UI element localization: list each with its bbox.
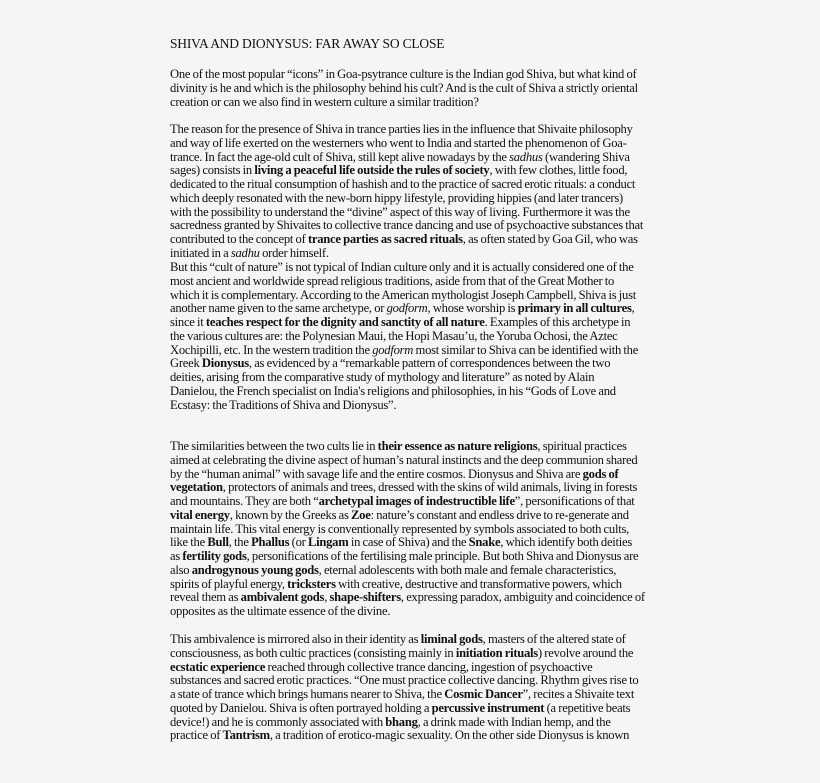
text-line: vegetation, protectors of animals and tr… xyxy=(170,481,660,495)
text-run: initiated in a xyxy=(170,246,231,260)
text-line: contributed to the concept of trance par… xyxy=(170,233,660,247)
text-line: and mountains. They are both “archetypal… xyxy=(170,495,660,509)
text-run: Greek xyxy=(170,356,202,370)
text-line: also androgynous young gods, eternal ado… xyxy=(170,564,660,578)
text-line: deities, arising from the comparative st… xyxy=(170,371,660,385)
text-run: the various cultures are: the Polynesian… xyxy=(170,329,618,343)
bold-text: living a peaceful life outside the rules… xyxy=(254,163,489,177)
text-line: device!) and he is commonly associated w… xyxy=(170,716,660,730)
bold-text: primary in all cultures xyxy=(518,301,632,315)
text-run: (a repetitive beats xyxy=(544,701,630,715)
bold-text: ecstatic experience xyxy=(170,660,265,674)
text-line: Xochipilli, etc. In the western traditio… xyxy=(170,344,660,358)
bold-text: shape-shifters xyxy=(330,590,401,604)
text-run: device!) and he is commonly associated w… xyxy=(170,715,385,729)
paragraph-intro: One of the most popular “icons” in Goa-p… xyxy=(170,68,660,109)
text-run: in case of Shiva) and the xyxy=(348,535,468,549)
text-run: The similarities between the two cults l… xyxy=(170,439,378,453)
bold-text: percussive instrument xyxy=(432,701,545,715)
text-run: , the xyxy=(229,535,251,549)
text-line: The similarities between the two cults l… xyxy=(170,440,660,454)
italic-text: godform xyxy=(372,343,413,357)
text-line: sages) consists in living a peaceful lif… xyxy=(170,164,660,178)
text-run: Danielou, the French specialist on India… xyxy=(170,384,616,398)
bold-text: Tantrism xyxy=(223,728,270,742)
text-line: and way of life exerted on the westerner… xyxy=(170,137,660,151)
text-run: creation or can we also find in western … xyxy=(170,95,479,109)
text-line: ecstatic experience reached through coll… xyxy=(170,661,660,675)
text-line: practice of Tantrism, a tradition of ero… xyxy=(170,729,660,743)
text-line: The reason for the presence of Shiva in … xyxy=(170,123,660,137)
paragraph-ambivalence: This ambivalence is mirrored also in the… xyxy=(170,633,660,743)
text-line: creation or can we also find in western … xyxy=(170,96,660,110)
text-line: reveal them as ambivalent gods, shape-sh… xyxy=(170,591,660,605)
text-run: , which identify both deities xyxy=(500,535,632,549)
text-run: with creative, destructive and transform… xyxy=(336,577,622,591)
text-run: , a tradition of erotico-magic sexuality… xyxy=(270,728,629,742)
bold-text: Zoe xyxy=(351,508,371,522)
bold-text: Lingam xyxy=(308,535,349,549)
text-run: Ecstasy: the Traditions of Shiva and Dio… xyxy=(170,398,396,412)
text-run: order himself. xyxy=(260,246,329,260)
text-run: and mountains. They are both “ xyxy=(170,494,319,508)
text-run: , masters of the altered state of xyxy=(483,632,626,646)
text-line: One of the most popular “icons” in Goa-p… xyxy=(170,68,660,82)
bold-text: tricksters xyxy=(287,577,336,591)
text-run: , personifications of the fertilising ma… xyxy=(247,549,639,563)
bold-text: Cosmic Dancer xyxy=(444,687,522,701)
bold-text: bhang xyxy=(385,715,417,729)
text-run: consciousness, as both cultic practices … xyxy=(170,646,456,660)
text-run: practice of xyxy=(170,728,223,742)
paragraph-cult-of-nature: But this “cult of nature” is not typical… xyxy=(170,261,660,412)
text-run: which it is complementary. According to … xyxy=(170,288,636,302)
text-line: since it teaches respect for the dignity… xyxy=(170,316,660,330)
text-line: consciousness, as both cultic practices … xyxy=(170,647,660,661)
text-run: since it xyxy=(170,315,206,329)
text-run: , as often stated by Goa Gil, who was xyxy=(463,232,638,246)
paragraph-similarities: The similarities between the two cults l… xyxy=(170,440,660,619)
text-run: , xyxy=(632,301,635,315)
text-run: , eternal adolescents with both male and… xyxy=(319,563,617,577)
bold-text: gods of xyxy=(583,467,619,481)
text-run: , protectors of animals and trees, dress… xyxy=(223,480,637,494)
text-run: also xyxy=(170,563,192,577)
text-run: , known by the Greeks as xyxy=(230,508,351,522)
text-run: The reason for the presence of Shiva in … xyxy=(170,122,633,136)
text-line: Ecstasy: the Traditions of Shiva and Dio… xyxy=(170,399,660,413)
text-run: by the “human animal” with savage life a… xyxy=(170,467,583,481)
text-line: a state of trance which brings humans ne… xyxy=(170,688,660,702)
bold-text: teaches respect for the dignity and sanc… xyxy=(206,315,485,329)
text-run: . Examples of this archetype in xyxy=(485,315,631,329)
bold-text: fertility gods xyxy=(182,549,246,563)
text-run: reveal them as xyxy=(170,590,241,604)
text-line: most ancient and worldwide spread religi… xyxy=(170,275,660,289)
italic-text: sadhus xyxy=(509,150,543,164)
text-run: Xochipilli, etc. In the western traditio… xyxy=(170,343,372,357)
text-run: another name given to the same archetype… xyxy=(170,301,387,315)
text-line: substances and sacred erotic practices. … xyxy=(170,674,660,688)
text-run: One of the most popular “icons” in Goa-p… xyxy=(170,67,636,81)
bold-text: ambivalent gods xyxy=(241,590,325,604)
text-run: opposites as the ultimate essence of the… xyxy=(170,604,390,618)
bold-text: androgynous young gods xyxy=(192,563,319,577)
text-line: with the possibility to understand the “… xyxy=(170,206,660,220)
text-line: divinity is he and which is the philosop… xyxy=(170,82,660,96)
text-run: which deeply resonated with the new-born… xyxy=(170,191,623,205)
text-line: aimed at celebrating the divine aspect o… xyxy=(170,454,660,468)
text-run: , as evidenced by a “remarkable pattern … xyxy=(249,356,610,370)
text-line: initiated in a sadhu order himself. xyxy=(170,247,660,261)
text-run: quoted by Danielou. Shiva is often portr… xyxy=(170,701,432,715)
text-run: and way of life exerted on the westerner… xyxy=(170,136,627,150)
text-line: spirits of playful energy, tricksters wi… xyxy=(170,578,660,592)
text-run: ”, recites a Shivaite text xyxy=(523,687,634,701)
text-run: sages) consists in xyxy=(170,163,254,177)
text-run: as xyxy=(170,549,182,563)
text-line: opposites as the ultimate essence of the… xyxy=(170,605,660,619)
bold-text: Phallus xyxy=(251,535,289,549)
text-run: ”, personifications of that xyxy=(515,494,635,508)
text-line: trance. In fact the age-old cult of Shiv… xyxy=(170,151,660,165)
italic-text: sadhu xyxy=(231,246,260,260)
text-run: , a drink made with Indian hemp, and the xyxy=(418,715,611,729)
text-line: Greek Dionysus, as evidenced by a “remar… xyxy=(170,357,660,371)
text-run: divinity is he and which is the philosop… xyxy=(170,81,638,95)
bold-text: their essence as nature religions xyxy=(378,439,538,453)
text-line: another name given to the same archetype… xyxy=(170,302,660,316)
text-line: But this “cult of nature” is not typical… xyxy=(170,261,660,275)
text-run: ) revolve around the xyxy=(538,646,633,660)
text-line: maintain life. This vital energy is conv… xyxy=(170,523,660,537)
text-line: by the “human animal” with savage life a… xyxy=(170,468,660,482)
text-line: quoted by Danielou. Shiva is often portr… xyxy=(170,702,660,716)
text-line: the various cultures are: the Polynesian… xyxy=(170,330,660,344)
text-run: with the possibility to understand the “… xyxy=(170,205,630,219)
text-run: dedicated to the ritual consumption of h… xyxy=(170,177,635,191)
text-line: Danielou, the French specialist on India… xyxy=(170,385,660,399)
text-line: as fertility gods, personifications of t… xyxy=(170,550,660,564)
italic-text: godform, xyxy=(387,301,431,315)
bold-text: Dionysus xyxy=(202,356,249,370)
text-line: which it is complementary. According to … xyxy=(170,289,660,303)
text-run: deities, arising from the comparative st… xyxy=(170,370,594,384)
text-run: reached through collective trance dancin… xyxy=(265,660,592,674)
text-run: (or xyxy=(289,535,308,549)
bold-text: initiation rituals xyxy=(456,646,538,660)
text-run: sacredness granted by Shivaites to colle… xyxy=(170,218,643,232)
text-line: This ambivalence is mirrored also in the… xyxy=(170,633,660,647)
text-run: substances and sacred erotic practices. … xyxy=(170,673,638,687)
text-run: , expressing paradox, ambiguity and coin… xyxy=(401,590,645,604)
text-line: sacredness granted by Shivaites to colle… xyxy=(170,219,660,233)
text-run: : nature’s constant and endless drive to… xyxy=(371,508,629,522)
document-page: SHIVA AND DIONYSUS: FAR AWAY SO CLOSE On… xyxy=(0,0,820,783)
text-line: dedicated to the ritual consumption of h… xyxy=(170,178,660,192)
text-run: maintain life. This vital energy is conv… xyxy=(170,522,629,536)
text-run: most ancient and worldwide spread religi… xyxy=(170,274,614,288)
text-run: whose worship is xyxy=(430,301,517,315)
paragraph-reason: The reason for the presence of Shiva in … xyxy=(170,123,660,261)
text-line: which deeply resonated with the new-born… xyxy=(170,192,660,206)
bold-text: liminal gods xyxy=(421,632,483,646)
bold-text: vegetation xyxy=(170,480,223,494)
text-run: , spiritual practices xyxy=(537,439,626,453)
text-line: vital energy, known by the Greeks as Zoe… xyxy=(170,509,660,523)
document-title: SHIVA AND DIONYSUS: FAR AWAY SO CLOSE xyxy=(170,36,444,52)
bold-text: Snake xyxy=(469,535,501,549)
text-line: like the Bull, the Phallus (or Lingam in… xyxy=(170,536,660,550)
text-run: spirits of playful energy, xyxy=(170,577,287,591)
text-run: But this “cult of nature” is not typical… xyxy=(170,260,634,274)
text-run: trance. In fact the age-old cult of Shiv… xyxy=(170,150,509,164)
bold-text: archetypal images of indestructible life xyxy=(319,494,515,508)
text-run: contributed to the concept of xyxy=(170,232,308,246)
text-run: This ambivalence is mirrored also in the… xyxy=(170,632,421,646)
text-run: aimed at celebrating the divine aspect o… xyxy=(170,453,637,467)
bold-text: Bull xyxy=(207,535,228,549)
text-run: like the xyxy=(170,535,207,549)
text-run: a state of trance which brings humans ne… xyxy=(170,687,444,701)
text-run: , with few clothes, little food, xyxy=(489,163,627,177)
bold-text: vital energy xyxy=(170,508,230,522)
bold-text: trance parties as sacred rituals xyxy=(308,232,463,246)
text-run: most similar to Shiva can be identified … xyxy=(413,343,638,357)
text-run: (wandering Shiva xyxy=(543,150,630,164)
